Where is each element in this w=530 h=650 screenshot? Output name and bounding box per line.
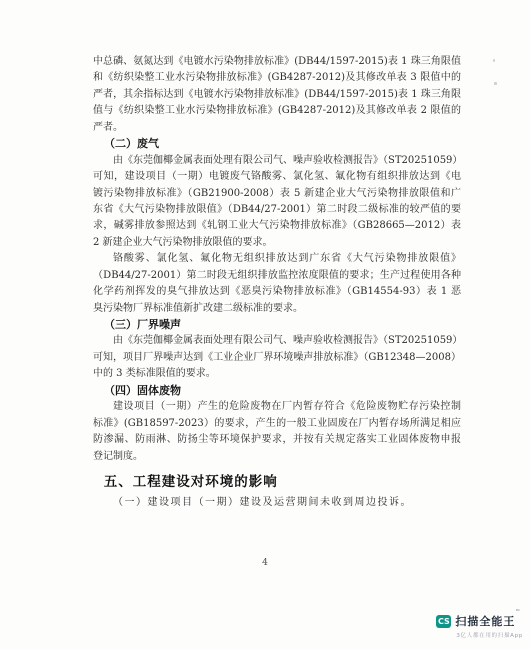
- doc-line: 和《纺织染整工业水污染物排放标准》(GB4287-2012)及其修改单表 3 限…: [93, 70, 461, 86]
- scanned-document-page: 中总磷、氨氮达到《电镀水污染物排放标准》(DB44/1597-2015)表 1 …: [0, 0, 530, 650]
- doc-line: 中的 3 类标准限值的要求。: [93, 366, 461, 382]
- camscanner-brand-text: 扫描全能王™: [455, 613, 521, 629]
- camscanner-cs-icon: CS: [436, 615, 451, 628]
- subsection-heading-boundary-noise: （三）厂界噪声: [93, 317, 461, 333]
- subsection-heading-waste-gas: （二）废气: [93, 136, 461, 152]
- doc-line: 可知，项目厂界噪声达到《工业企业厂界环境噪声排放标准》（GB12348—2008…: [93, 350, 461, 366]
- doc-line: （一）建设项目（一期）建设及运营期间未收到周边投诉。: [93, 493, 461, 513]
- scan-artifact-speck: [494, 82, 497, 85]
- doc-line: 标准》(GB18597-2023）的要求，产生的一般工业固废在厂内暂存场所满足相…: [93, 416, 461, 432]
- doc-line: 由《东莞伽椰金属表面处理有限公司气、噪声验收检测报告》（ST20251059）: [93, 333, 461, 349]
- doc-line: 建设项目（一期）产生的危险废物在厂内暂存符合《危险废物贮存污染控制: [93, 399, 461, 415]
- doc-line: 铬酸雾、氯化氢、氟化物无组织排放达到广东省《大气污染物排放限值》: [93, 251, 461, 267]
- doc-line: （DB44/27-2001）第二时段无组织排放监控浓度限值的要求；生产过程使用各…: [93, 268, 461, 284]
- doc-line: 由《东莞伽椰金属表面处理有限公司气、噪声验收检测报告》（ST20251059）: [93, 153, 461, 169]
- doc-line: 镀污染物排放标准》（GB21900-2008）表 5 新建企业大气污染物排放限值…: [93, 186, 461, 202]
- trademark-symbol: ™: [515, 609, 521, 615]
- camscanner-watermark: CS 扫描全能王™ 3亿人都在用的扫描App: [436, 613, 523, 639]
- doc-line: 东省《大气污染物排放限值》（DB44/27-2001）第二时段二级标准的较严值的…: [93, 202, 461, 218]
- doc-line: 严者，其余指标达到《电镀水污染物排放标准》(DB44/1597-2015)表 1…: [93, 87, 461, 103]
- doc-line: 登记制度。: [93, 449, 461, 465]
- camscanner-logo-row: CS 扫描全能王™: [436, 613, 523, 629]
- doc-line: 中总磷、氨氮达到《电镀水污染物排放标准》(DB44/1597-2015)表 1 …: [93, 54, 461, 70]
- doc-line: 求，碱雾排放参照达到《轧钢工业大气污染物排放标准》（GB28665—2012）表: [93, 218, 461, 234]
- doc-line: 2 新建企业大气污染物排放限值的要求。: [93, 235, 461, 251]
- page-number: 4: [0, 558, 530, 568]
- subsection-heading-solid-waste: （四）固体废物: [93, 383, 461, 399]
- section-heading-environmental-impact: 五、工程建设对环境的影响: [93, 471, 461, 493]
- document-body: 中总磷、氨氮达到《电镀水污染物排放标准》(DB44/1597-2015)表 1 …: [93, 54, 461, 513]
- doc-line: 值与《纺织染整工业水污染物排放标准》(GB4287-2012)及其修改单表 2 …: [93, 103, 461, 119]
- doc-line: 防渗漏、防雨淋、防扬尘等环境保护要求，并按有关规定落实工业固体废物申报: [93, 432, 461, 448]
- doc-line: 化学药剂挥发的臭气排放达到《恶臭污染物排放标准》（GB14554-93）表 1 …: [93, 284, 461, 300]
- doc-line: 可知，建设项目（一期）电镀废气铬酸雾、氯化氢、氟化物有组织排放达到《电: [93, 169, 461, 185]
- camscanner-tagline: 3亿人都在用的扫描App: [456, 631, 523, 639]
- doc-line: 严者。: [93, 120, 461, 136]
- scan-artifact-speck: [493, 59, 495, 62]
- doc-line: 臭污染物厂界标准值新扩改建二级标准的要求。: [93, 301, 461, 317]
